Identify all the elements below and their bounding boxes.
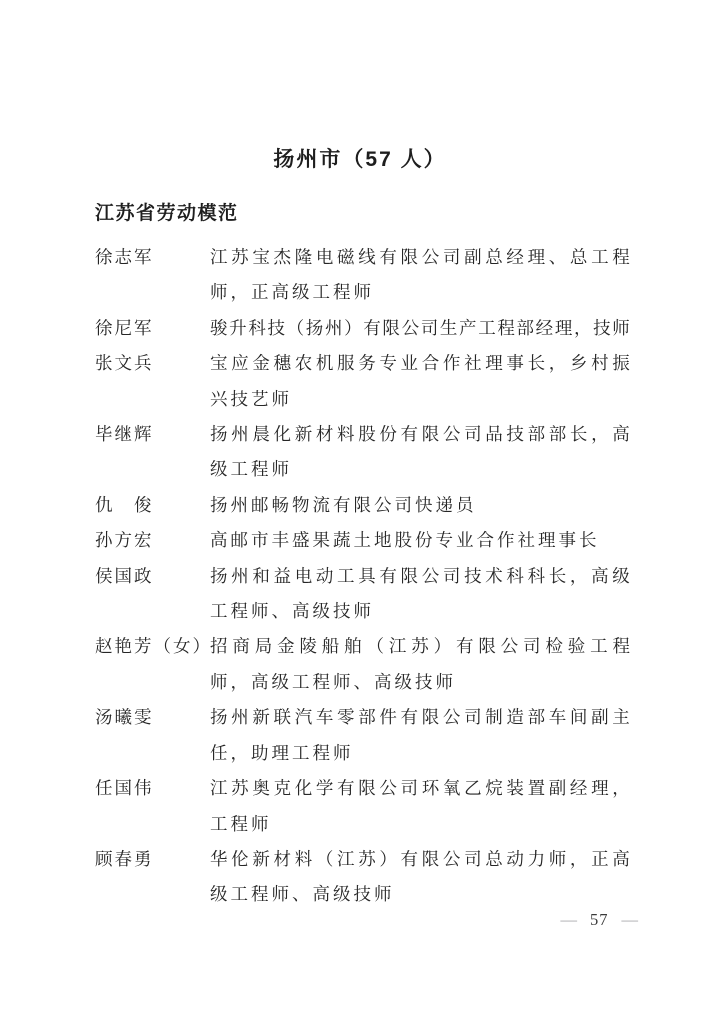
list-item: 赵艳芳（女） 招商局金陵船舶（江苏）有限公司检验工程师，高级工程师、高级技师 bbox=[95, 629, 630, 700]
entry-description-line: 兴技艺师 bbox=[210, 382, 630, 417]
entry-description: 扬州和益电动工具有限公司技术科科长，高级工程师、高级技师 bbox=[210, 559, 630, 630]
entry-description-line: 华伦新材料（江苏）有限公司总动力师，正高 bbox=[210, 842, 630, 877]
list-item: 张文兵 宝应金穗农机服务专业合作社理事长，乡村振兴技艺师 bbox=[95, 346, 630, 417]
section-heading: 江苏省劳动模范 bbox=[95, 201, 720, 227]
entry-name: 任国伟 bbox=[95, 771, 210, 806]
entry-description: 扬州邮畅物流有限公司快递员 bbox=[210, 488, 630, 523]
entry-name: 孙方宏 bbox=[95, 523, 210, 558]
entry-description-line: 师，高级工程师、高级技师 bbox=[210, 665, 630, 700]
entry-name: 徐尼军 bbox=[95, 311, 210, 346]
entry-name: 仇 俊 bbox=[95, 488, 210, 523]
entry-description-line: 扬州和益电动工具有限公司技术科科长，高级 bbox=[210, 559, 630, 594]
page-number: 57 bbox=[590, 908, 609, 932]
entry-name: 张文兵 bbox=[95, 346, 210, 381]
entry-description-line: 工程师、高级技师 bbox=[210, 594, 630, 629]
entry-name: 赵艳芳（女） bbox=[95, 629, 210, 664]
entry-description-line: 江苏宝杰隆电磁线有限公司副总经理、总工程 bbox=[210, 240, 630, 275]
entry-description: 江苏奥克化学有限公司环氧乙烷装置副经理，工程师 bbox=[210, 771, 630, 842]
entry-name: 徐志军 bbox=[95, 240, 210, 275]
entry-name: 毕继辉 bbox=[95, 417, 210, 452]
list-item: 仇 俊 扬州邮畅物流有限公司快递员 bbox=[95, 488, 630, 523]
document-page: 扬州市（57 人） 江苏省劳动模范 徐志军 江苏宝杰隆电磁线有限公司副总经理、总… bbox=[0, 0, 720, 1018]
entry-description: 扬州新联汽车零部件有限公司制造部车间副主任，助理工程师 bbox=[210, 700, 630, 771]
entry-description-line: 扬州新联汽车零部件有限公司制造部车间副主 bbox=[210, 700, 630, 735]
entry-name: 汤曦雯 bbox=[95, 700, 210, 735]
footer-right-dash: — bbox=[622, 908, 639, 932]
entry-description-line: 扬州晨化新材料股份有限公司品技部部长，高 bbox=[210, 417, 630, 452]
entry-description-line: 宝应金穗农机服务专业合作社理事长，乡村振 bbox=[210, 346, 630, 381]
entry-description-line: 骏升科技（扬州）有限公司生产工程部经理，技师 bbox=[210, 311, 630, 346]
entry-description: 高邮市丰盛果蔬土地股份专业合作社理事长 bbox=[210, 523, 630, 558]
honor-list: 徐志军 江苏宝杰隆电磁线有限公司副总经理、总工程师，正高级工程师 徐尼军 骏升科… bbox=[95, 240, 630, 913]
entry-description-line: 扬州邮畅物流有限公司快递员 bbox=[210, 488, 630, 523]
list-item: 孙方宏 高邮市丰盛果蔬土地股份专业合作社理事长 bbox=[95, 523, 630, 558]
entry-description: 招商局金陵船舶（江苏）有限公司检验工程师，高级工程师、高级技师 bbox=[210, 629, 630, 700]
entry-description-line: 高邮市丰盛果蔬土地股份专业合作社理事长 bbox=[210, 523, 630, 558]
entry-description: 宝应金穗农机服务专业合作社理事长，乡村振兴技艺师 bbox=[210, 346, 630, 417]
entry-description-line: 级工程师 bbox=[210, 452, 630, 487]
entry-description: 扬州晨化新材料股份有限公司品技部部长，高级工程师 bbox=[210, 417, 630, 488]
list-item: 徐志军 江苏宝杰隆电磁线有限公司副总经理、总工程师，正高级工程师 bbox=[95, 240, 630, 311]
entry-description: 华伦新材料（江苏）有限公司总动力师，正高级工程师、高级技师 bbox=[210, 842, 630, 913]
list-item: 任国伟 江苏奥克化学有限公司环氧乙烷装置副经理，工程师 bbox=[95, 771, 630, 842]
page-title: 扬州市（57 人） bbox=[0, 147, 720, 173]
entry-name: 顾春勇 bbox=[95, 842, 210, 877]
list-item: 徐尼军 骏升科技（扬州）有限公司生产工程部经理，技师 bbox=[95, 311, 630, 346]
entry-description: 江苏宝杰隆电磁线有限公司副总经理、总工程师，正高级工程师 bbox=[210, 240, 630, 311]
list-item: 汤曦雯 扬州新联汽车零部件有限公司制造部车间副主任，助理工程师 bbox=[95, 700, 630, 771]
list-item: 毕继辉 扬州晨化新材料股份有限公司品技部部长，高级工程师 bbox=[95, 417, 630, 488]
entry-description-line: 任，助理工程师 bbox=[210, 736, 630, 771]
entry-name: 侯国政 bbox=[95, 559, 210, 594]
entry-description-line: 招商局金陵船舶（江苏）有限公司检验工程 bbox=[210, 629, 630, 664]
entry-description-line: 江苏奥克化学有限公司环氧乙烷装置副经理， bbox=[210, 771, 630, 806]
list-item: 顾春勇 华伦新材料（江苏）有限公司总动力师，正高级工程师、高级技师 bbox=[95, 842, 630, 913]
entry-description: 骏升科技（扬州）有限公司生产工程部经理，技师 bbox=[210, 311, 630, 346]
entry-description-line: 工程师 bbox=[210, 807, 630, 842]
entry-description-line: 师，正高级工程师 bbox=[210, 275, 630, 310]
list-item: 侯国政 扬州和益电动工具有限公司技术科科长，高级工程师、高级技师 bbox=[95, 559, 630, 630]
footer-left-dash: — bbox=[561, 908, 578, 932]
page-footer: — 57 — bbox=[561, 908, 639, 932]
